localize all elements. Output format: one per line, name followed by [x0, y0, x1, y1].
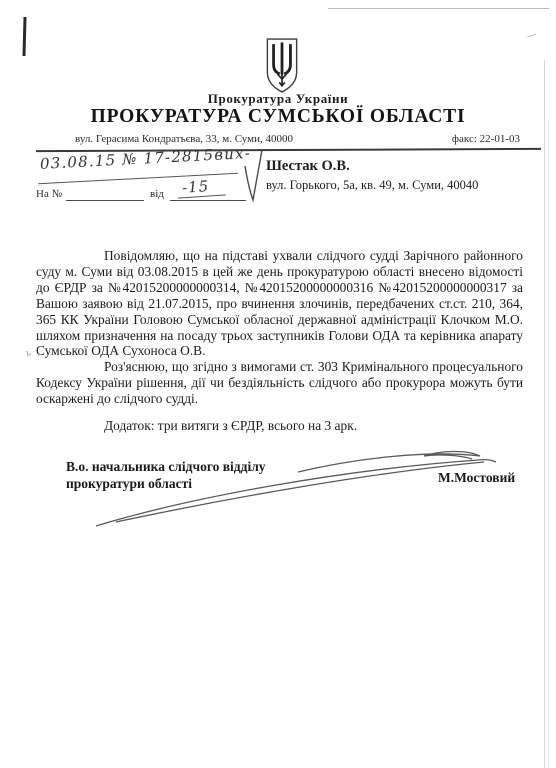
org-name-small: Прокуратура України: [0, 91, 556, 107]
reply-number-label: На №: [36, 188, 62, 200]
handwritten-number-continuation: -15: [181, 177, 209, 197]
recipient-address: вул. Горького, 5а, кв. 49, м. Суми, 4004…: [266, 178, 546, 193]
scan-top-edge-line: [328, 8, 549, 9]
reply-number-blank-line: [66, 200, 144, 201]
handwritten-outgoing-number: 03.08.15 № 17-2815вих-: [40, 143, 271, 173]
letterhead-fax: факс: 22-01-03: [452, 133, 520, 145]
recipient-name: Шестак О.В.: [266, 158, 546, 175]
scanned-letter-page: ь Прокуратура України ПРОКУРАТУРА СУМСЬК…: [0, 0, 556, 768]
ukraine-trident-emblem-icon: [264, 37, 300, 94]
scan-stray-mark: ь: [25, 347, 32, 360]
org-title: ПРОКУРАТУРА СУМСЬКОЇ ОБЛАСТІ: [0, 106, 556, 128]
scan-corner-mark: [527, 33, 536, 37]
body-paragraph-1: Повідомляю, що на підставі ухвали слідчо…: [36, 248, 523, 359]
reply-date-blank-line: [170, 200, 246, 201]
handwritten-signature: [88, 446, 508, 536]
attachment-line: Додаток: три витяги з ЄРДР, всього на 3 …: [104, 418, 357, 434]
letter-body: Повідомляю, що на підставі ухвали слідчо…: [36, 248, 523, 407]
reply-date-label: від: [150, 188, 164, 200]
body-paragraph-2: Роз'яснюю, що згідно з вимогами ст. 303 …: [36, 359, 523, 407]
scan-right-edge-line-2: [548, 120, 549, 768]
scan-artifact-bar: [22, 17, 26, 56]
recipient-block: Шестак О.В. вул. Горького, 5а, кв. 49, м…: [266, 158, 546, 193]
handwritten-checkmark-icon: [243, 148, 265, 204]
